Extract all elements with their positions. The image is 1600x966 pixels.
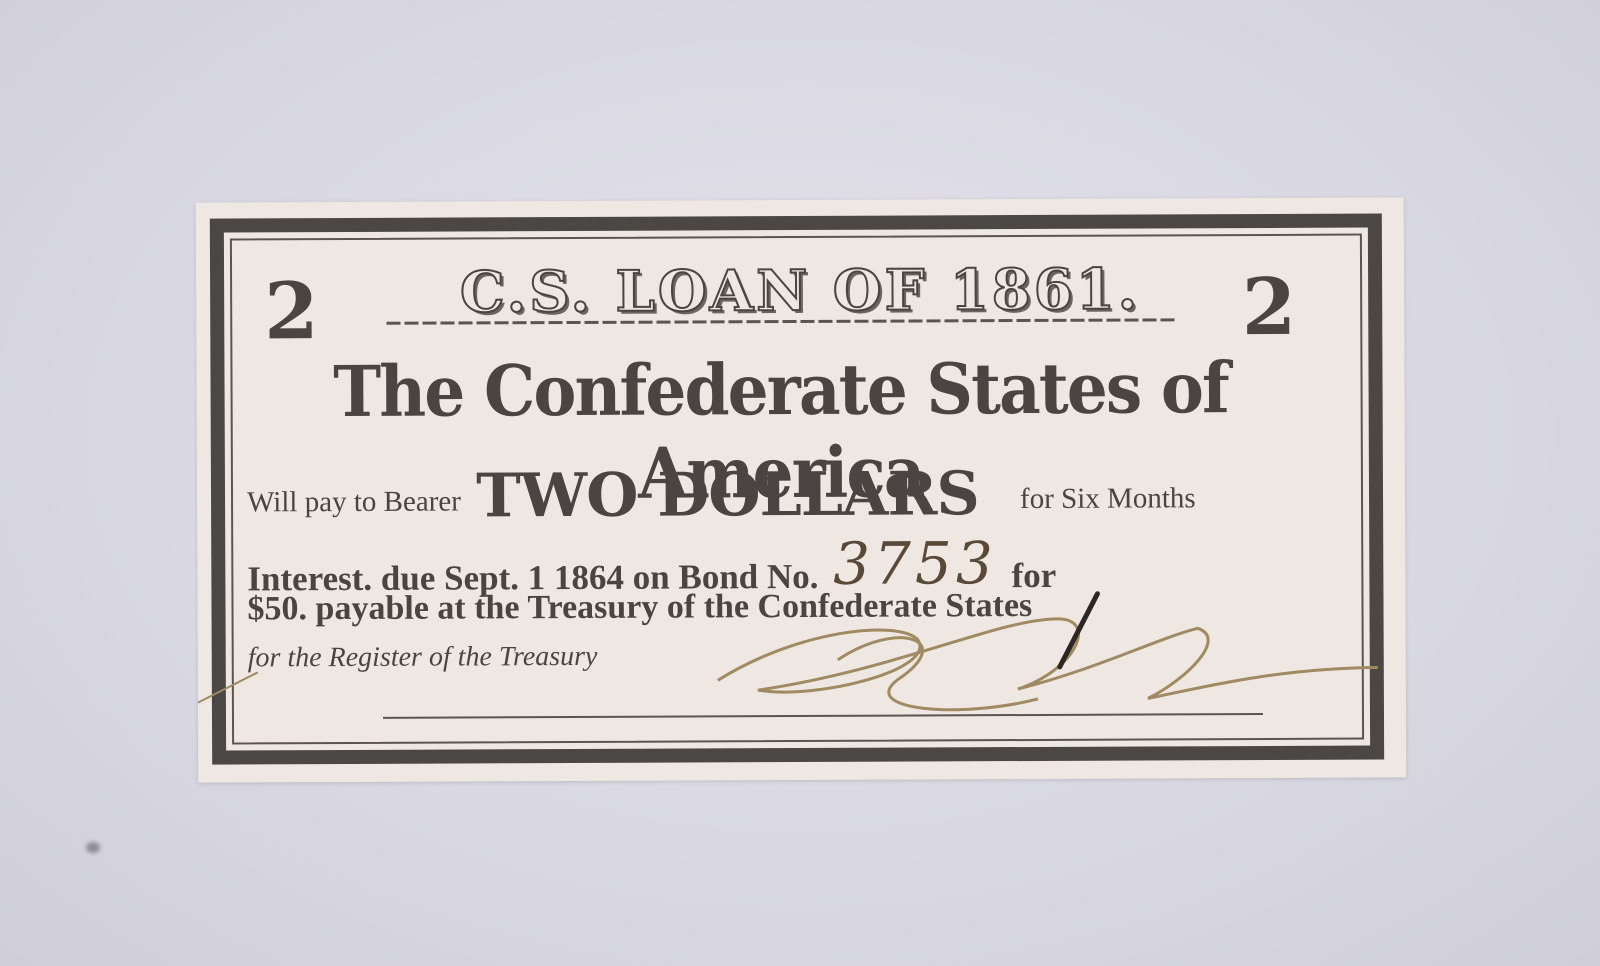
payment-line: Will pay to Bearer TWO DOLLARS for Six M… bbox=[247, 458, 1315, 533]
loan-title: C.S. LOAN OF 1861. bbox=[196, 255, 1404, 326]
amount-text: TWO DOLLARS bbox=[476, 459, 979, 531]
term-text: for Six Months bbox=[1020, 482, 1196, 515]
register-line: for the Register of the Treasury bbox=[248, 638, 1316, 675]
confederate-bond-coupon: 2 2 C.S. LOAN OF 1861. The Confederate S… bbox=[196, 197, 1407, 782]
pay-to-bearer-text: Will pay to Bearer bbox=[247, 485, 461, 518]
background-speck bbox=[86, 842, 100, 853]
payable-line: $50. payable at the Treasury of the Conf… bbox=[247, 586, 1315, 629]
